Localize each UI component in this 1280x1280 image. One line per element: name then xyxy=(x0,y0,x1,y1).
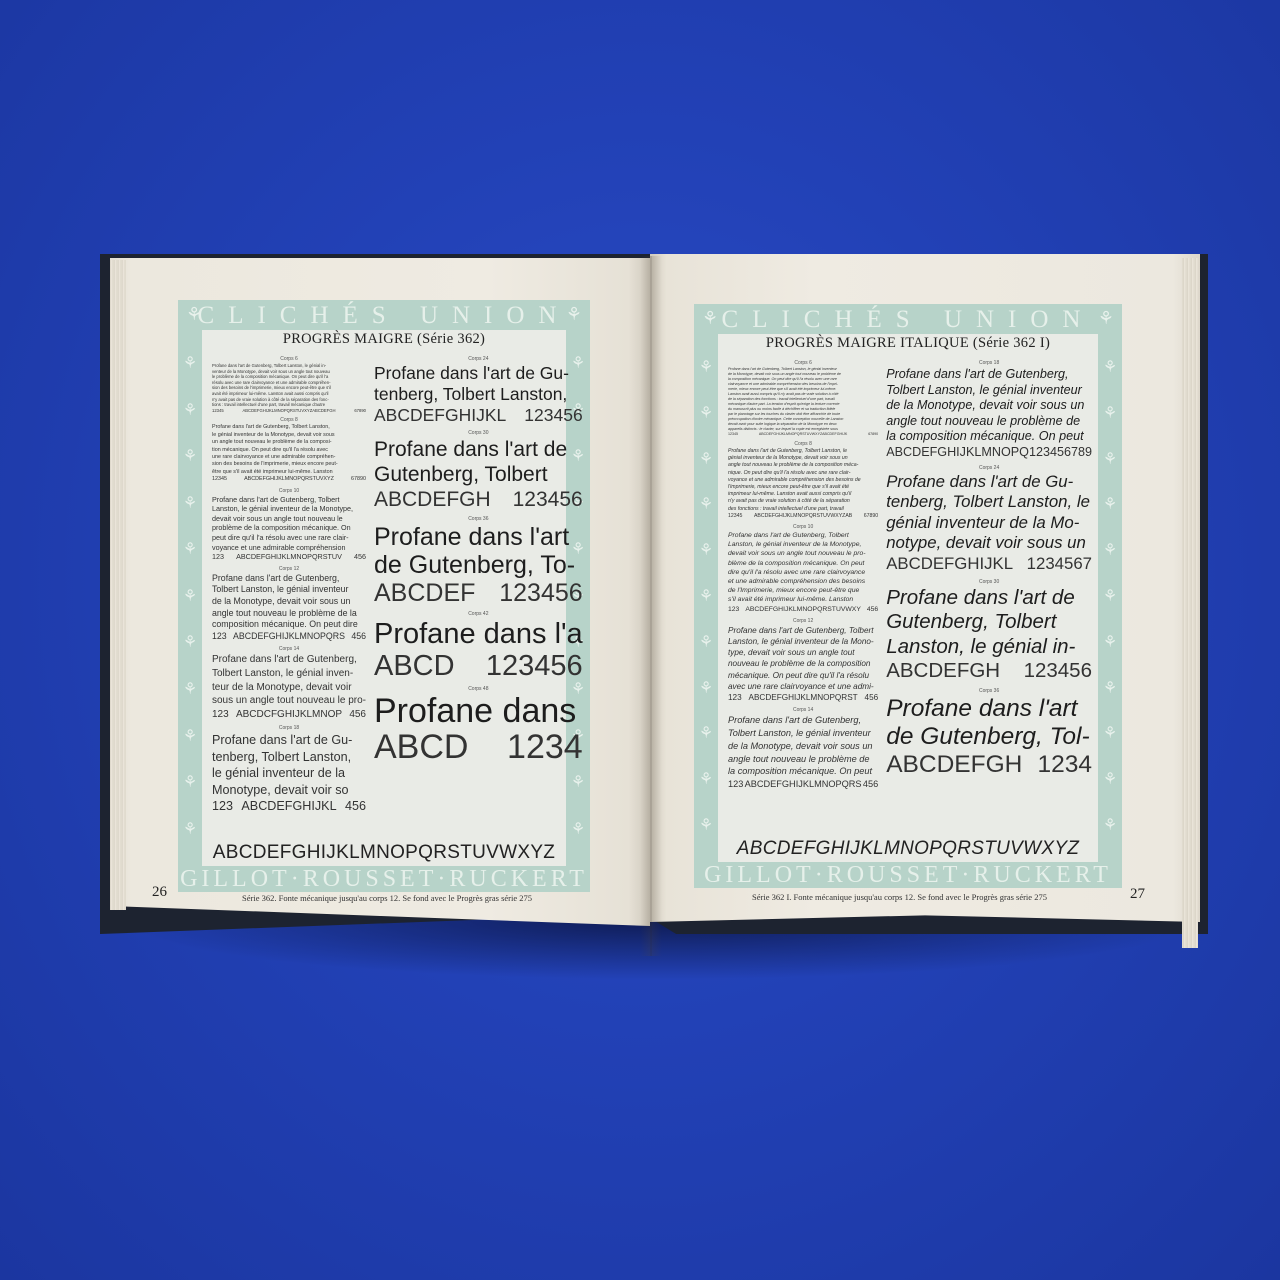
specimen-alphabet-row: ABCDEFGHIJKL1234567 xyxy=(886,554,1092,575)
specimen-block: Corps 6Profane dans l'art de Gutenberg, … xyxy=(212,356,366,413)
specimen-text: Profane dans l'art de Gutenberg, Tolbert… xyxy=(728,625,878,692)
specimen-line: Profane dans l'art de Gutenberg, xyxy=(212,653,366,667)
footnote: Série 362 I. Fonte mécanique jusqu'au co… xyxy=(752,892,1047,902)
alphabet-sample: ABCDEFGHIJKL xyxy=(374,405,506,426)
corps-label: Corps 36 xyxy=(886,688,1092,694)
ornament-icon: ⚘ xyxy=(183,539,197,559)
page-title: PROGRÈS MAIGRE (Série 362) xyxy=(202,331,566,348)
specimen-alphabet-row: ABCDEFGH123456 xyxy=(374,487,583,512)
left-page-edges xyxy=(110,260,126,910)
alphabet-sample: ABCDEFGH xyxy=(886,659,1000,684)
specimen-alphabet-row: ABCDEF123456 xyxy=(374,579,583,607)
specimen-line: mécanique. On peut dire qu'il l'a résolu xyxy=(728,670,878,681)
specimen-line: angle tout nouveau le problème de xyxy=(886,414,1092,430)
specimen-alphabet-row: ABCDEFGH123456 xyxy=(886,659,1092,684)
corps-label: Corps 10 xyxy=(728,524,878,530)
specimen-line: Lanston, le génial in- xyxy=(886,635,1092,660)
specimen-line: angle tout nouveau le problème de la com… xyxy=(728,462,878,469)
specimen-text: Profane dans l'art deGutenberg, TolbertL… xyxy=(886,586,1092,660)
specimen-line: Profane dans l'art de Gutenberg, xyxy=(886,367,1092,383)
ornament-icon: ⚘ xyxy=(1103,494,1117,514)
specimen-block: Corps 24Profane dans l'art de Gu-tenberg… xyxy=(886,465,1092,575)
ornament-icon: ⚘ xyxy=(699,357,713,377)
frame-ornaments-left: ⚘⚘⚘⚘⚘⚘⚘⚘⚘⚘⚘ xyxy=(694,344,718,848)
specimen-line: angle tout nouveau le problème de la xyxy=(212,608,366,620)
specimen-text: Profane dans l'art de Gutenberg,Tolbert … xyxy=(728,714,878,778)
specimen-text: Profane dans l'art de Gu-tenberg, Tolber… xyxy=(212,732,366,798)
specimen-line: de l'Imprimerie, mieux encore peut-être … xyxy=(728,586,878,595)
specimen-alphabet-row: 12345ABCDEFGHIJKLMNOPQRSTUVWXYZABCDEFGHI… xyxy=(728,432,878,437)
alphabet-sample: ABCDEFGHIJKLMNOPQRSTUVWXYZAB xyxy=(754,513,852,520)
alphabet-sample: ABCDEFGH xyxy=(886,751,1022,779)
alphabet-sample: 67890 xyxy=(864,513,878,520)
corps-label: Corps 8 xyxy=(728,441,878,447)
specimen-alphabet-row: 123ABCDEFGHIJKLMNOPQRS456 xyxy=(212,631,366,643)
alphabet-sample: ABCDEFGHIJKLMNOPQRSTUVXYZ xyxy=(244,476,334,483)
ornament-icon: ⚘ xyxy=(1103,357,1117,377)
large-specimens-column: Corps 24Profane dans l'art de Gu-tenberg… xyxy=(370,352,583,844)
ornament-icon: ⚘ xyxy=(1103,540,1117,560)
specimen-text: Profane dans l'artde Gutenberg, To- xyxy=(374,523,583,579)
ornament-icon: ⚘ xyxy=(699,769,713,789)
specimen-line: de Gutenberg, To- xyxy=(374,551,583,579)
specimen-block: Corps 8Profane dans l'art de Gutenberg, … xyxy=(212,417,366,483)
specimen-block: Corps 30Profane dans l'art deGutenberg, … xyxy=(374,430,583,512)
ornament-icon: ⚘ xyxy=(699,586,713,606)
alphabet-sample: 123456 xyxy=(1024,659,1092,684)
specimen-line: Profane dans l'art xyxy=(374,523,583,551)
specimen-line: de la Monotype, devait voir sous un xyxy=(728,740,878,753)
specimen-line: génial inventeur de la Monotype, devait … xyxy=(728,455,878,462)
specimen-block: Corps 18Profane dans l'art de Gu-tenberg… xyxy=(212,725,366,814)
specimen-block: Corps 12Profane dans l'art de Gutenberg,… xyxy=(728,618,878,703)
alphabet-sample: 1234 xyxy=(507,729,583,765)
ornament-icon: ⚘ xyxy=(1103,769,1117,789)
specimen-line: sion des besoins de l'imprimerie, mieux … xyxy=(212,461,366,468)
ornament-icon: ⚘ xyxy=(1103,449,1117,469)
specimen-line: Profane dans xyxy=(374,693,583,729)
specimen-line: sous un angle tout nouveau le pro- xyxy=(212,694,366,708)
specimen-line: Tolbert Lanston, le génial inventeur xyxy=(728,727,878,740)
specimen-line: Profane dans l'art de Gutenberg, xyxy=(212,573,366,585)
specimen-alphabet-row: ABCDEFGH1234 xyxy=(886,751,1092,779)
specimen-line: tenberg, Tolbert Lanston, le xyxy=(886,492,1092,513)
specimen-line: Profane dans l'art de xyxy=(886,586,1092,611)
specimen-line: Profane dans l'art xyxy=(886,695,1092,723)
specimen-text: Profane dans l'art de Gutenberg,Tolbert … xyxy=(212,573,366,631)
specimen-line: la composition mécanique. On peut xyxy=(728,765,878,778)
specimen-line: tenberg, Tolbert Lanston, xyxy=(374,384,583,405)
ornament-icon: ⚘ xyxy=(699,449,713,469)
specimen-line: angle tout nouveau le problème de xyxy=(728,753,878,766)
alphabet-sample: 456 xyxy=(863,778,878,791)
corps-label: Corps 24 xyxy=(374,356,583,362)
alphabet-sample: 123 xyxy=(728,605,739,614)
specimen-line: Lanston, le génial inventeur de la Monot… xyxy=(728,540,878,549)
corps-label: Corps 14 xyxy=(728,707,878,713)
ornament-icon: ⚘ xyxy=(1103,403,1117,423)
alphabet-sample: ABCDCFGHIJKLMNOP xyxy=(236,708,342,722)
specimen-text: Profane dans l'art de Gutenberg, Tolbert… xyxy=(728,531,878,605)
specimen-line: Profane dans l'art de Gutenberg, Tolbert… xyxy=(212,424,366,431)
specimen-text: Profane dans xyxy=(374,693,583,729)
specimen-line: de Gutenberg, Tol- xyxy=(886,723,1092,751)
specimen-line: Lanston, le génial inventeur de la Monot… xyxy=(212,504,366,514)
alphabet-sample: 123 xyxy=(212,708,229,722)
frame-banner-title: CLICHÉS UNION xyxy=(178,300,590,330)
specimen-line: Tolbert Lanston, le génial inven- xyxy=(212,667,366,681)
ornament-icon: ⚘ xyxy=(183,446,197,466)
book-gutter xyxy=(640,256,662,956)
specimen-line: Gutenberg, Tolbert xyxy=(886,610,1092,635)
specimen-block: Corps 36Profane dans l'artde Gutenberg, … xyxy=(374,516,583,607)
specimen-line: nouveau le problème de la composition xyxy=(728,658,878,669)
alphabet-sample: 67890 xyxy=(354,408,366,414)
specimen-block: Corps 18Profane dans l'art de Gutenberg,… xyxy=(886,360,1092,461)
alphabet-sample: 123 xyxy=(212,631,227,643)
specimen-block: Corps 14Profane dans l'art de Gutenberg,… xyxy=(212,646,366,721)
specimen-text: Profane dans l'art de Gutenberg,Tolbert … xyxy=(212,653,366,707)
alphabet-sample: 123456 xyxy=(499,579,582,607)
corps-label: Corps 42 xyxy=(374,611,583,617)
ornament-icon: ⚘ xyxy=(566,304,582,325)
alphabet-sample: ABCDEFGHIJKLMNOPQRST xyxy=(749,692,858,703)
specimen-line: devait voir sous un angle tout nouveau l… xyxy=(728,549,878,558)
specimen-line: tenberg, Tolbert Lanston, xyxy=(212,749,366,765)
specimen-text: Profane dans l'a xyxy=(374,618,583,650)
specimen-line: nique. On peut dire qu'il l'a résolu ave… xyxy=(728,470,878,477)
specimen-alphabet-row: 123ABCDEFGHIJKLMNOPQRST456 xyxy=(728,692,878,703)
alphabet-sample: 67890 xyxy=(868,432,878,437)
corps-label: Corps 48 xyxy=(374,686,583,692)
specimen-alphabet-row: ABCDEFGHIJKL123456 xyxy=(374,405,583,426)
alphabet-sample: ABCDEFGHIJKLMNOPQRSTUV xyxy=(236,552,342,562)
ornament-icon: ⚘ xyxy=(183,353,197,373)
corps-label: Corps 36 xyxy=(374,516,583,522)
specimen-text: Profane dans l'art de Gutenberg, Tolbert… xyxy=(212,363,366,408)
frame-ornaments-right: ⚘⚘⚘⚘⚘⚘⚘⚘⚘⚘⚘ xyxy=(1098,344,1122,848)
ornament-icon: ⚘ xyxy=(183,400,197,420)
specimen-line: problème de la composition mécanique. On xyxy=(212,523,366,533)
specimen-alphabet-row: 12345ABCDEFGHIJKLMNOPQRSTUVXYZABCDEFGH67… xyxy=(212,408,366,414)
specimen-line: Tolbert Lanston, le génial inventeur xyxy=(886,383,1092,399)
specimen-line: Monotype, devait voir so xyxy=(212,782,366,798)
specimen-block: Corps 42Profane dans l'aABCD123456 xyxy=(374,611,583,682)
specimen-alphabet-row: ABCD123456 xyxy=(374,650,583,682)
specimen-text: Profane dans l'art de Gu-tenberg, Tolber… xyxy=(374,363,583,405)
specimen-line: et une admirable compréhension des besoi… xyxy=(728,577,878,586)
right-page-edges xyxy=(1182,258,1198,948)
specimen-alphabet-row: 123ABCDEFGHIJKLMNOPQRSTUV456 xyxy=(212,552,366,562)
alphabet-sample: ABCDEFGHIJKL xyxy=(886,554,1013,575)
specimen-line: l'imprimerie, mieux encore peut-être que… xyxy=(728,484,878,491)
specimen-line: n'y avait pas de vraie solution à côté d… xyxy=(728,498,878,505)
corps-label: Corps 30 xyxy=(374,430,583,436)
right-specimen-frame: CLICHÉS UNION ⚘ ⚘ ⚘⚘⚘⚘⚘⚘⚘⚘⚘⚘⚘ ⚘⚘⚘⚘⚘⚘⚘⚘⚘⚘… xyxy=(694,304,1122,888)
corps-label: Corps 10 xyxy=(212,488,366,494)
ornament-icon: ⚘ xyxy=(1103,815,1117,835)
alphabet-sample: 12345 xyxy=(212,476,227,483)
specimen-block: Corps 12Profane dans l'art de Gutenberg,… xyxy=(212,566,366,643)
alphabet-sample: 12345 xyxy=(212,408,224,414)
alphabet-sample: 123 xyxy=(728,692,742,703)
specimen-text: Profane dans l'artde Gutenberg, Tol- xyxy=(886,695,1092,751)
specimen-line: imprimeur lui-même. Lanston avait aussi … xyxy=(728,491,878,498)
specimen-alphabet-row: ABCDEFGHIJKLMNOPQ123456789 xyxy=(886,445,1092,461)
alphabet-sample: 12345 xyxy=(728,432,738,437)
specimen-line: Profane dans l'art de Gu- xyxy=(374,363,583,384)
alphabet-sample: 456 xyxy=(351,631,366,643)
specimen-line: être que s'il avait été imprimeur lui-mê… xyxy=(212,469,366,476)
alphabet-sample: 1234567 xyxy=(1027,554,1092,575)
alphabet-sample: 12345 xyxy=(728,513,742,520)
ornament-icon: ⚘ xyxy=(1098,308,1114,329)
ornament-icon: ⚘ xyxy=(699,632,713,652)
alphabet-sample: ABCDEF xyxy=(374,579,475,607)
ornament-icon: ⚘ xyxy=(699,540,713,560)
specimen-line: Tolbert Lanston, le génial inventeur xyxy=(212,584,366,596)
specimen-line: Profane dans l'art de Gutenberg, Tolbert xyxy=(728,531,878,540)
ornament-icon: ⚘ xyxy=(699,678,713,698)
specimen-line: de la Monotype, devait voir sous un xyxy=(212,596,366,608)
specimen-line: Profane dans l'art de xyxy=(374,437,583,462)
frame-banner-title: CLICHÉS UNION xyxy=(694,304,1122,334)
corps-label: Corps 24 xyxy=(886,465,1092,471)
corps-label: Corps 18 xyxy=(886,360,1092,366)
specimen-text: Profane dans l'art de Gutenberg, Tolbert… xyxy=(212,424,366,476)
specimen-line: Profane dans l'art de Gutenberg, Tolbert xyxy=(212,495,366,505)
alphabet-sample: 123456 xyxy=(524,405,582,426)
specimen-block: Corps 8Profane dans l'art de Gutenberg, … xyxy=(728,441,878,520)
corps-label: Corps 8 xyxy=(212,417,366,423)
specimen-alphabet-row: 12345ABCDEFGHIJKLMNOPQRSTUVWXYZAB67890 xyxy=(728,513,878,520)
footnote: Série 362. Fonte mécanique jusqu'au corp… xyxy=(242,893,532,903)
specimen-block: Corps 30Profane dans l'art deGutenberg, … xyxy=(886,579,1092,684)
specimen-block: Corps 6Profane dans l'art de Gutenberg, … xyxy=(728,360,878,437)
specimen-line: la composition mécanique. On peut xyxy=(886,429,1092,445)
frame-ornaments-left: ⚘⚘⚘⚘⚘⚘⚘⚘⚘⚘⚘ xyxy=(178,340,202,852)
frame-banner-footer: GILLOT·ROUSSET·RUCKERT xyxy=(178,866,590,892)
left-specimen-frame: CLICHÉS UNION ⚘ ⚘ ⚘⚘⚘⚘⚘⚘⚘⚘⚘⚘⚘ ⚘⚘⚘⚘⚘⚘⚘⚘⚘⚘… xyxy=(178,300,590,892)
alphabet-sample: 123456789 xyxy=(1029,445,1092,461)
page-number: 27 xyxy=(1130,886,1145,903)
specimen-line: blème de la composition mécanique. On pe… xyxy=(728,559,878,568)
ornament-icon: ⚘ xyxy=(183,726,197,746)
alphabet-sample: 123456 xyxy=(513,487,583,512)
alphabet-sample: 456 xyxy=(354,552,366,562)
alphabet-sample: 456 xyxy=(345,798,366,814)
specimen-line: teur de la Monotype, devait voir xyxy=(212,681,366,695)
ornament-icon: ⚘ xyxy=(702,308,718,329)
specimen-line: de la Monotype, devait voir sous un xyxy=(886,398,1092,414)
page-number: 26 xyxy=(152,884,167,901)
ornament-icon: ⚘ xyxy=(183,586,197,606)
corps-label: Corps 12 xyxy=(728,618,878,624)
alphabet-sample: 1234 xyxy=(1037,751,1092,779)
specimen-line: Profane dans l'art de Gutenberg, Tolbert xyxy=(728,625,878,636)
specimen-line: notype, devait voir sous un xyxy=(886,533,1092,554)
specimen-line: voyance et une admirable compréhension xyxy=(212,543,366,553)
specimen-line: Profane dans l'art de Gu- xyxy=(212,732,366,748)
alphabet-sample: ABCD xyxy=(374,650,455,682)
specimen-line: Profane dans l'art de Gutenberg, xyxy=(728,714,878,727)
specimen-block: Corps 10Profane dans l'art de Gutenberg,… xyxy=(212,488,366,562)
corps-label: Corps 30 xyxy=(886,579,1092,585)
specimen-line: devait voir sous un angle tout nouveau l… xyxy=(212,514,366,524)
specimen-alphabet-row: 123ABCDEFGHIJKLMNOPQRS456 xyxy=(728,778,878,791)
alphabet-sample: ABCDEFGHIJKLMNOPQRS xyxy=(745,778,862,791)
full-alphabet: ABCDEFGHIJKLMNOPQRSTUVWXYZ xyxy=(718,838,1098,860)
specimen-panel: PROGRÈS MAIGRE (Série 362) Corps 6Profan… xyxy=(202,330,566,866)
ornament-icon: ⚘ xyxy=(183,493,197,513)
specimen-line: dire qu'il l'a résolu avec une rare clai… xyxy=(728,568,878,577)
ornament-icon: ⚘ xyxy=(699,815,713,835)
specimen-text: Profane dans l'art de Gu-tenberg, Tolber… xyxy=(886,472,1092,554)
ornament-icon: ⚘ xyxy=(1103,723,1117,743)
specimen-line: génial inventeur de la Mo- xyxy=(886,513,1092,534)
alphabet-sample: ABCDEFGHIJKLMNOPQRSTUVWXY xyxy=(745,605,861,614)
ornament-icon: ⚘ xyxy=(1103,586,1117,606)
corps-label: Corps 12 xyxy=(212,566,366,572)
specimen-line: des fonctions : travail intellectuel d'u… xyxy=(728,506,878,513)
specimen-block: Corps 36Profane dans l'artde Gutenberg, … xyxy=(886,688,1092,779)
corps-label: Corps 14 xyxy=(212,646,366,652)
specimen-panel: PROGRÈS MAIGRE ITALIQUE (Série 362 I) Co… xyxy=(718,334,1098,862)
specimen-line: Gutenberg, Tolbert xyxy=(374,462,583,487)
corps-label: Corps 6 xyxy=(212,356,366,362)
specimen-alphabet-row: 123ABCDCFGHIJKLMNOP456 xyxy=(212,708,366,722)
alphabet-sample: 456 xyxy=(349,708,366,722)
ornament-icon: ⚘ xyxy=(1103,678,1117,698)
page-title: PROGRÈS MAIGRE ITALIQUE (Série 362 I) xyxy=(718,335,1098,352)
specimen-line: un angle tout nouveau le problème de la … xyxy=(212,439,366,446)
alphabet-sample: ABCDEFGHIJKLMNOPQ xyxy=(886,445,1029,461)
specimen-line: le génial inventeur de la xyxy=(212,765,366,781)
ornament-icon: ⚘ xyxy=(699,723,713,743)
alphabet-sample: 123 xyxy=(212,552,224,562)
specimen-text: Profane dans l'art de Gutenberg, Tolbert… xyxy=(212,495,366,553)
ornament-icon: ⚘ xyxy=(699,403,713,423)
ornament-icon: ⚘ xyxy=(186,304,202,325)
specimen-alphabet-row: 123ABCDEFGHIJKLMNOPQRSTUVWXY456 xyxy=(728,605,878,614)
specimen-line: Profane dans l'art de Gutenberg, Tolbert… xyxy=(728,448,878,455)
specimen-line: Profane dans l'art de Gu- xyxy=(886,472,1092,493)
specimen-alphabet-row: 123ABCDEFGHIJKL456 xyxy=(212,798,366,814)
specimen-line: s'il avait été imprimeur lui-même. Lanst… xyxy=(728,595,878,604)
specimen-block: Corps 14Profane dans l'art de Gutenberg,… xyxy=(728,707,878,791)
alphabet-sample: 456 xyxy=(867,605,878,614)
corps-label: Corps 6 xyxy=(728,360,878,366)
alphabet-sample: 123 xyxy=(728,778,743,791)
alphabet-sample: 123456 xyxy=(486,650,583,682)
specimen-text: Profane dans l'art de Gutenberg, Tolbert… xyxy=(728,448,878,513)
specimen-text: Profane dans l'art de Gutenberg, Tolbert… xyxy=(728,367,878,432)
full-alphabet: ABCDEFGHIJKLMNOPQRSTUVWXYZ xyxy=(202,842,566,864)
alphabet-sample: ABCDEFGH xyxy=(374,487,491,512)
alphabet-sample: 456 xyxy=(865,692,879,703)
specimen-block: Corps 24Profane dans l'art de Gu-tenberg… xyxy=(374,356,583,426)
frame-banner-footer: GILLOT·ROUSSET·RUCKERT xyxy=(694,862,1122,888)
specimen-text: Profane dans l'art de Gutenberg,Tolbert … xyxy=(886,367,1092,445)
alphabet-sample: ABCDEFGHIJKLMNOPQRS xyxy=(233,631,345,643)
ornament-icon: ⚘ xyxy=(183,632,197,652)
ornament-icon: ⚘ xyxy=(183,819,197,839)
alphabet-sample: 123 xyxy=(212,798,233,814)
small-specimens-column: Corps 6Profane dans l'art de Gutenberg, … xyxy=(724,356,882,840)
alphabet-sample: ABCDEFGHIJKLMNOPQRSTUVXYZABCDEFGH xyxy=(242,408,335,414)
alphabet-sample: ABCDEFGHIJKLMNOPQRSTUVWXYZABCDEFGHIJK xyxy=(759,432,847,437)
small-specimens-column: Corps 6Profane dans l'art de Gutenberg, … xyxy=(208,352,370,844)
specimen-line: Profane dans l'a xyxy=(374,618,583,650)
ornament-icon: ⚘ xyxy=(699,494,713,514)
specimen-line: peut dire qu'il l'a résolu avec une rare… xyxy=(212,533,366,543)
alphabet-sample: 67890 xyxy=(351,476,366,483)
specimen-line: le génial inventeur de la Monotype, deva… xyxy=(212,432,366,439)
specimen-block: Corps 48Profane dansABCD1234 xyxy=(374,686,583,765)
specimen-line: composition mécanique. On peut dire xyxy=(212,619,366,631)
alphabet-sample: ABCDEFGHIJKL xyxy=(241,798,336,814)
specimen-line: voyance et une admirable compréhension d… xyxy=(728,477,878,484)
specimen-line: une rare clairvoyance et une admirable c… xyxy=(212,454,366,461)
specimen-alphabet-row: 12345ABCDEFGHIJKLMNOPQRSTUVXYZ67890 xyxy=(212,476,366,483)
ornament-icon: ⚘ xyxy=(183,772,197,792)
specimen-alphabet-row: ABCD1234 xyxy=(374,729,583,765)
alphabet-sample: ABCD xyxy=(374,729,468,765)
ornament-icon: ⚘ xyxy=(183,679,197,699)
corps-label: Corps 18 xyxy=(212,725,366,731)
specimen-block: Corps 10Profane dans l'art de Gutenberg,… xyxy=(728,524,878,614)
specimen-text: Profane dans l'art deGutenberg, Tolbert xyxy=(374,437,583,487)
specimen-line: avec une rare clairvoyance et une admi- xyxy=(728,681,878,692)
specimen-line: Lanston, le génial inventeur de la Mono- xyxy=(728,636,878,647)
specimen-line: tion mécanique. On peut dire qu'il l'a r… xyxy=(212,447,366,454)
specimen-line: type, devait voir sous un angle tout xyxy=(728,647,878,658)
ornament-icon: ⚘ xyxy=(1103,632,1117,652)
large-specimens-column: Corps 18Profane dans l'art de Gutenberg,… xyxy=(882,356,1092,840)
